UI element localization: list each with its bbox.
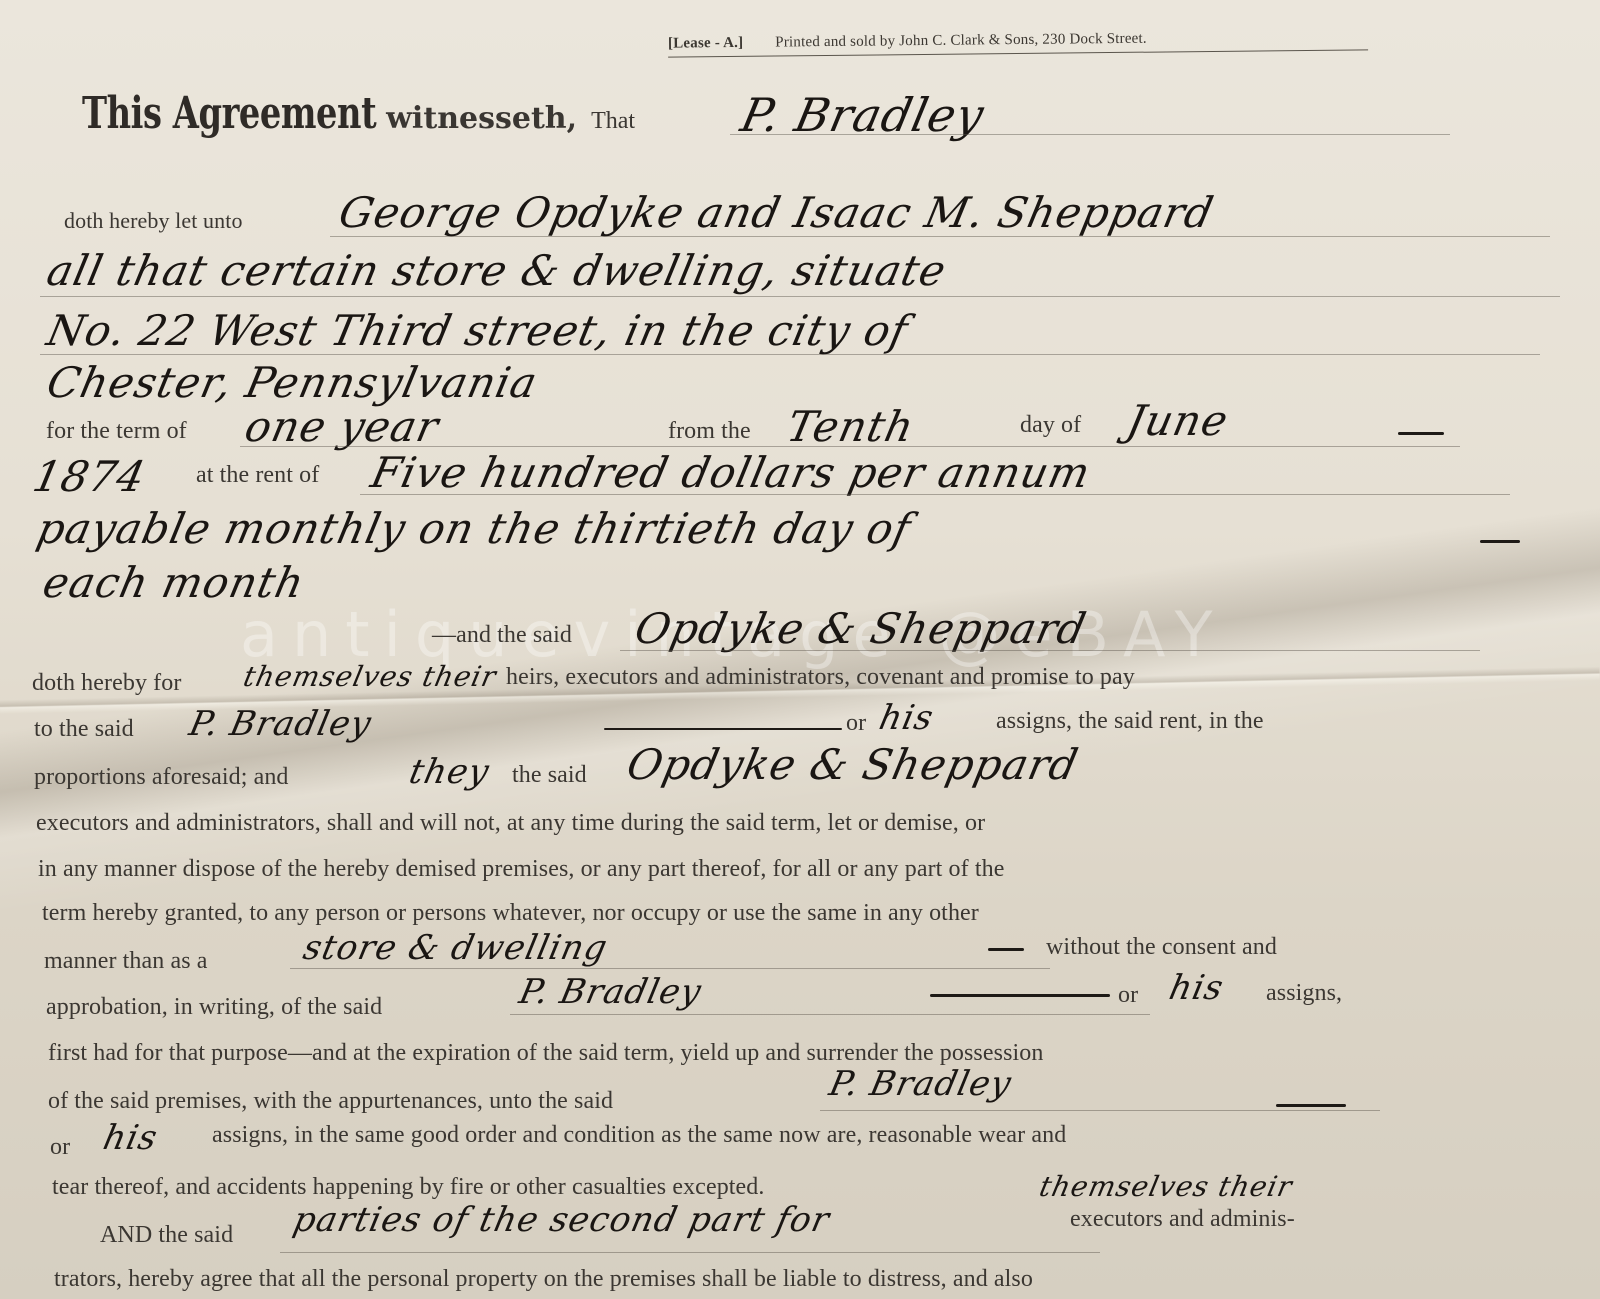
month-value-handwritten: June [1123, 396, 1233, 445]
payment-line-1-handwritten: payable monthly on the thirtieth day of [33, 504, 916, 553]
from-label: from the [668, 418, 751, 445]
lessees-handwritten: George Opdyke and Isaac M. Sheppard [335, 188, 1218, 237]
blank-rule [40, 296, 1560, 297]
consent-text: without the consent and [1046, 934, 1277, 961]
body-line-4: first had for that purpose—and at the ex… [48, 1040, 1043, 1067]
body-line-7: trators, hereby agree that all the perso… [54, 1266, 1033, 1293]
hereby-for-value-handwritten: themselves their [240, 660, 499, 693]
blank-rule [620, 650, 1480, 651]
printer-credit: Printed and sold by John C. Clark & Sons… [775, 31, 1147, 51]
term-label: for the term of [46, 418, 187, 445]
body-line-2: in any manner dispose of the hereby demi… [38, 856, 1004, 883]
executors-text: executors and adminis- [1070, 1206, 1295, 1233]
the-said-value-handwritten: Opdyke & Sheppard [623, 740, 1083, 789]
blank-rule [240, 446, 1460, 447]
premises-line-2-handwritten: No. 22 West Third street, in the city of [43, 306, 913, 355]
hereby-for-label: doth hereby for [32, 670, 181, 697]
fill-dash [1480, 540, 1520, 543]
assigns-text-2: assigns, [1266, 980, 1342, 1007]
fill-dash [988, 948, 1024, 951]
lease-document-page: [Lease - A.] Printed and sold by John C.… [0, 0, 1600, 1299]
blank-rule [280, 1252, 1100, 1253]
fill-dash [1398, 432, 1444, 435]
premises-line-3-handwritten: Chester, Pennsylvania [43, 358, 542, 407]
to-said-value-handwritten: P. Bradley [186, 704, 376, 744]
approbation-value-handwritten: P. Bradley [516, 972, 706, 1012]
manner-value-handwritten: store & dwelling [300, 928, 612, 968]
assigns-text-1: assigns, the said rent, in the [996, 708, 1264, 735]
blank-rule [510, 1014, 1150, 1015]
agreement-title: This Agreement witnesseth, That [82, 88, 635, 139]
and-said-value-handwritten: Opdyke & Sheppard [631, 604, 1091, 653]
his-1-handwritten: his [876, 698, 938, 738]
title-witnesseth: witnesseth, [386, 101, 577, 136]
premises-line-1-handwritten: all that certain store & dwelling, situa… [43, 246, 951, 295]
let-unto-label: doth hereby let unto [64, 208, 243, 234]
blank-rule [40, 354, 1540, 355]
title-this-agreement: This Agreement [82, 88, 376, 139]
printer-credit-line: [Lease - A.] Printed and sold by John C.… [668, 28, 1368, 57]
his-3-handwritten: his [100, 1118, 162, 1158]
to-said-label: to the said [34, 716, 134, 743]
or-label-3: or [50, 1134, 70, 1161]
from-value-handwritten: Tenth [783, 402, 919, 451]
they-handwritten: they [406, 752, 493, 792]
term-value-handwritten: one year [241, 402, 444, 451]
covenant-text: heirs, executors and administrators, cov… [506, 664, 1135, 691]
year-value-handwritten: 1874 [29, 452, 150, 501]
title-that: That [591, 108, 635, 135]
payment-line-2-handwritten: each month [39, 558, 309, 607]
form-name: [Lease - A.] [668, 35, 743, 52]
proportions-label: proportions aforesaid; and [34, 764, 289, 791]
rent-value-handwritten: Five hundred dollars per annum [367, 448, 1095, 497]
body-line-5: assigns, in the same good order and cond… [212, 1122, 1066, 1149]
body-line-1: executors and administrators, shall and … [36, 810, 985, 837]
fill-dash [930, 994, 1110, 997]
body-line-6: tear thereof, and accidents happening by… [52, 1174, 765, 1201]
his-2-handwritten: his [1166, 968, 1228, 1008]
manner-label: manner than as a [44, 948, 208, 975]
and-said-2-label: AND the said [100, 1222, 233, 1249]
and-said-label: —and the said [432, 622, 572, 649]
or-label-1: or [846, 710, 866, 737]
rent-label: at the rent of [196, 462, 319, 489]
premises-label: of the said premises, with the appurtena… [48, 1088, 613, 1115]
blank-rule [290, 968, 1050, 969]
the-said-label: the said [512, 762, 587, 789]
and-said-2-super-handwritten: themselves their [1036, 1170, 1295, 1203]
blank-rule [820, 1110, 1380, 1111]
body-line-3: term hereby granted, to any person or pe… [42, 900, 979, 927]
premises-value-handwritten: P. Bradley [826, 1064, 1016, 1104]
approbation-label: approbation, in writing, of the said [46, 994, 382, 1021]
fill-dash [1276, 1104, 1346, 1107]
blank-rule [730, 134, 1450, 135]
blank-rule [360, 494, 1510, 495]
fill-dash [604, 728, 842, 730]
and-said-2-value-handwritten: parties of the second part for [290, 1200, 834, 1240]
or-label-2: or [1118, 982, 1138, 1009]
day-of-label: day of [1020, 412, 1081, 439]
blank-rule [330, 236, 1550, 237]
